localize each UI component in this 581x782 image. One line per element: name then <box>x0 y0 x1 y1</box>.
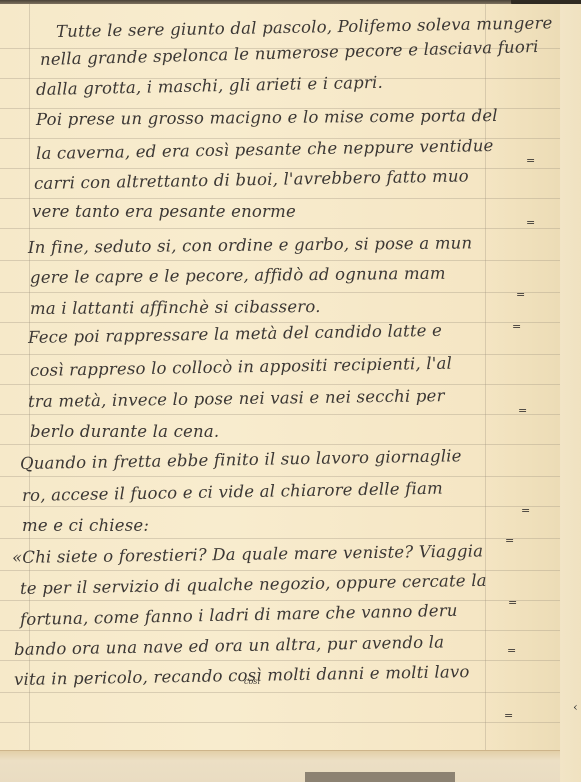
handwritten-line: ma i lattanti affinchè si cibassero. <box>30 297 321 318</box>
hyphen-mark: = <box>526 216 535 229</box>
hyphen-mark: = <box>521 504 530 517</box>
handwritten-line: Poi prese un grosso macigno e lo mise co… <box>36 106 498 129</box>
page-bottom-edge <box>0 750 560 782</box>
handwritten-line: così rappreso lo collocò in appositi rec… <box>30 354 452 380</box>
hyphen-mark: = <box>516 288 525 301</box>
handwritten-line: ro, accese il fuoco e ci vide al chiaror… <box>22 479 443 505</box>
notebook-page: Tutte le sere giunto dal pascolo, Polife… <box>0 4 560 752</box>
hyphen-mark: = <box>526 154 535 167</box>
ruled-line <box>0 692 560 693</box>
hyphen-mark: = <box>504 709 513 722</box>
hyphen-mark: = <box>518 404 527 417</box>
handwritten-line: vita in pericolo, recando così molti dan… <box>14 662 470 689</box>
ruled-line <box>0 354 560 355</box>
next-page-shadow <box>305 772 455 782</box>
handwritten-line: dalla grotta, i maschi, gli arieti e i c… <box>36 73 383 99</box>
ruled-line <box>0 506 560 507</box>
handwritten-line: carri con altrettanto di buoi, l'avrebbe… <box>34 166 469 193</box>
binding-mark: ‹ <box>573 700 578 714</box>
handwritten-line: In fine, seduto si, con ordine e garbo, … <box>28 233 472 257</box>
hyphen-mark: = <box>508 596 517 609</box>
handwritten-line: Quando in fretta ebbe finito il suo lavo… <box>20 446 462 473</box>
handwritten-line: Fece poi rappressare la metà del candido… <box>28 321 442 347</box>
handwritten-line: fortuna, come fanno i ladri di mare che … <box>20 601 458 629</box>
handwritten-line: bando ora una nave ed ora un altra, pur … <box>14 632 445 659</box>
ruled-line <box>0 228 560 229</box>
handwritten-line: Tutte le sere giunto dal pascolo, Polife… <box>56 13 553 41</box>
ruled-line <box>0 444 560 445</box>
hyphen-mark: = <box>512 320 521 333</box>
handwritten-line: la caverna, ed era così pesante che nepp… <box>36 136 494 163</box>
ruled-line <box>0 260 560 261</box>
handwritten-line: vere tanto era pesante enorme <box>32 202 296 221</box>
ruled-line <box>0 630 560 631</box>
handwritten-line: me e ci chiese: <box>22 516 149 535</box>
hyphen-mark: = <box>505 534 514 547</box>
handwritten-line: tra metà, invece lo pose nei vasi e nei … <box>28 386 445 411</box>
ruled-line <box>0 600 560 601</box>
superscript-insertion: così <box>244 677 260 686</box>
handwritten-line: nella grande spelonca le numerose pecore… <box>40 37 539 69</box>
handwritten-line: «Chi siete o forestieri? Da quale mare v… <box>12 541 483 567</box>
hyphen-mark: = <box>507 644 516 657</box>
ruled-line <box>0 292 560 293</box>
ruled-line <box>0 414 560 415</box>
ruled-line <box>0 722 560 723</box>
ruled-line <box>0 538 560 539</box>
handwritten-line: berlo durante la cena. <box>30 422 219 441</box>
ruled-line <box>0 198 560 199</box>
handwritten-line: te per il servizio di qualche negozio, o… <box>20 571 487 598</box>
handwritten-line: gere le capre e le pecore, affidò ad ogn… <box>30 264 446 287</box>
ruled-line <box>0 476 560 477</box>
ruled-line <box>0 660 560 661</box>
ruled-line <box>0 384 560 385</box>
